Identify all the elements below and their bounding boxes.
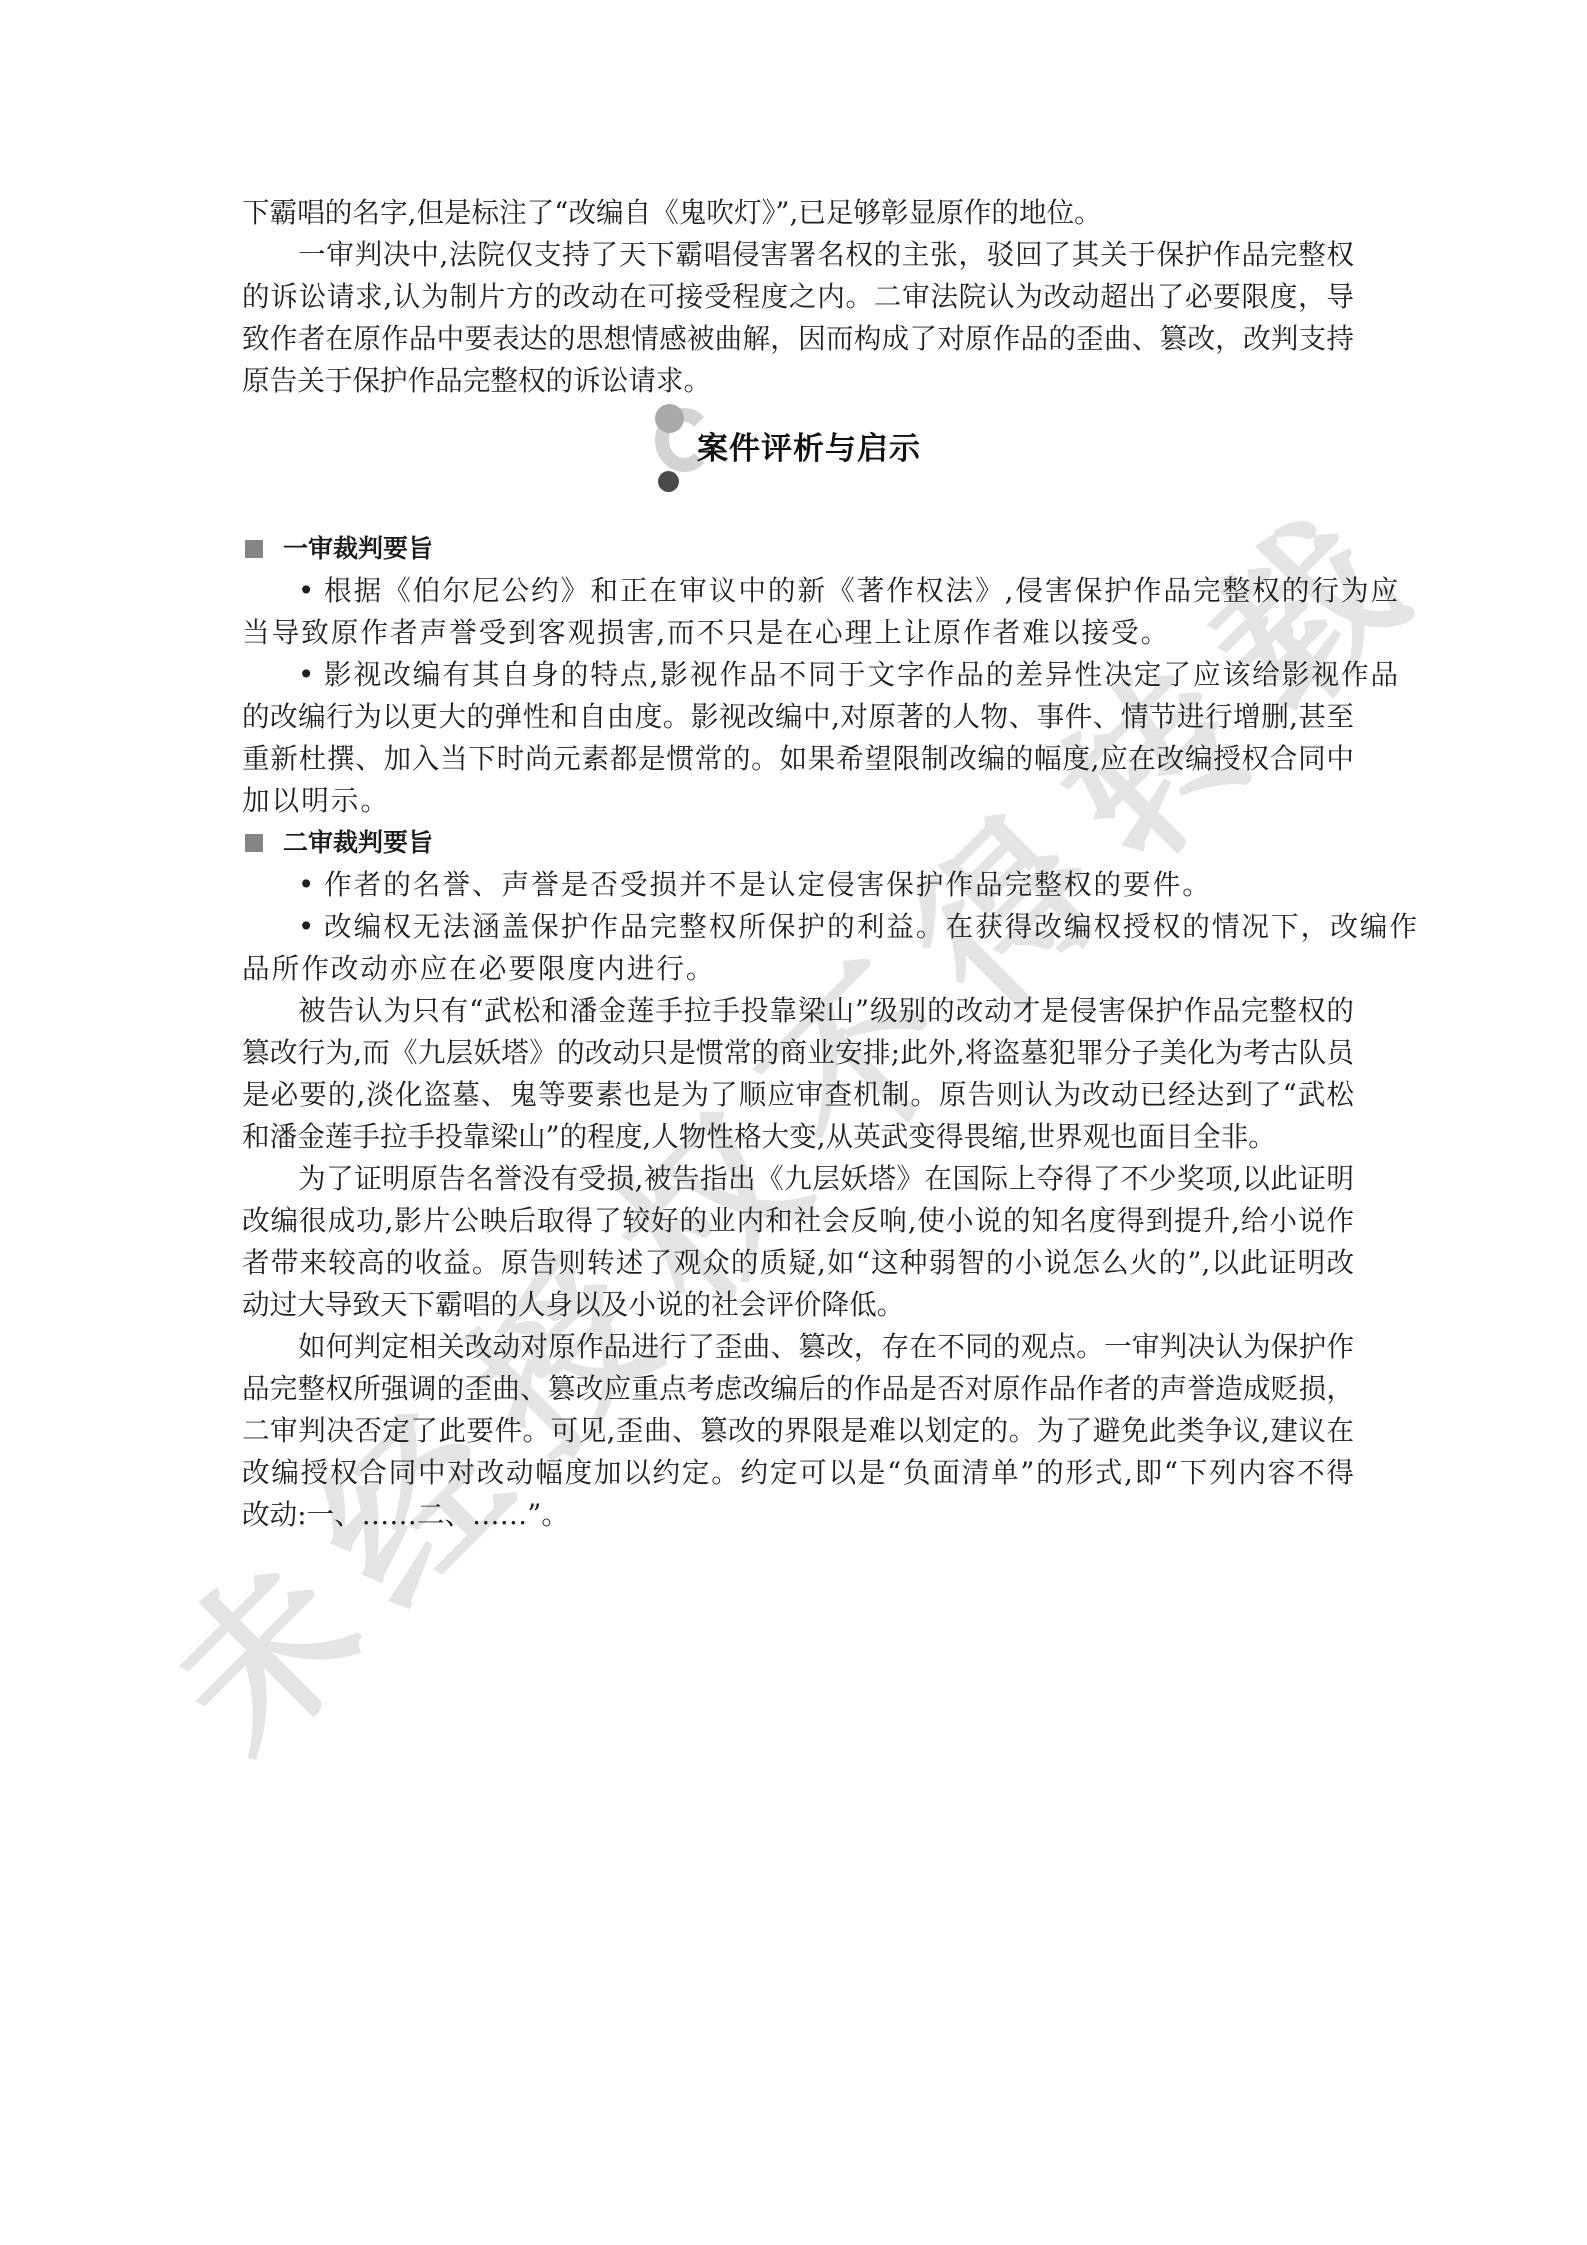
bullet-line: •作者的名誉、声誉是否受损并不是认定侵害保护作品完整权的要件。: [242, 864, 1354, 906]
circle-gray-icon: [655, 404, 684, 433]
text-line: 如何判定相关改动对原作品进行了歪曲、篡改，存在不同的观点。一审判决认为保护作: [242, 1326, 1354, 1368]
text-line: 品完整权所强调的歪曲、篡改应重点考虑改编后的作品是否对原作品作者的声誉造成贬损，: [242, 1368, 1354, 1410]
bullet-line: •影视改编有其自身的特点,影视作品不同于文字作品的差异性决定了应该给影视作品: [242, 654, 1354, 696]
text-line: 被告认为只有“武松和潘金莲手拉手投靠梁山”级别的改动才是侵害保护作品完整权的: [242, 990, 1354, 1032]
document-page: 下霸唱的名字,但是标注了“改编自《鬼吹灯》”,已足够彰显原作的地位。 一审判决中…: [242, 192, 1354, 1536]
section-heading: 案件评析与启示: [242, 402, 1354, 528]
text-line: 改编很成功,影片公映后取得了较好的业内和社会反响,使小说的知名度得到提升,给小说…: [242, 1200, 1354, 1242]
bullet-line: •改编权无法涵盖保护作品完整权所保护的利益。在获得改编权授权的情况下，改编作: [242, 906, 1354, 948]
subsection-title: 一审裁判要旨: [283, 528, 433, 570]
ruling-first-instance: 一审裁判要旨 •根据《伯尔尼公约》和正在审议中的新《著作权法》,侵害保护作品完整…: [242, 528, 1354, 822]
body-paragraph-2: 为了证明原告名誉没有受损,被告指出《九层妖塔》在国际上夺得了不少奖项,以此证明 …: [242, 1158, 1354, 1326]
bullet-dot-icon: •: [298, 654, 324, 696]
text-line: 改动:一、……二、……”。: [242, 1494, 1354, 1536]
text-line: 改编授权合同中对改动幅度加以约定。约定可以是“负面清单”的形式,即“下列内容不得: [242, 1452, 1354, 1494]
square-bullet-icon: [245, 540, 263, 558]
text-line: 下霸唱的名字,但是标注了“改编自《鬼吹灯》”,已足够彰显原作的地位。: [242, 192, 1354, 234]
circle-dark-icon: [658, 471, 679, 492]
intro-paragraph-1: 下霸唱的名字,但是标注了“改编自《鬼吹灯》”,已足够彰显原作的地位。: [242, 192, 1354, 234]
ruling-second-instance: 二审裁判要旨 •作者的名誉、声誉是否受损并不是认定侵害保护作品完整权的要件。 •…: [242, 822, 1354, 990]
bullet-dot-icon: •: [298, 864, 324, 906]
text-line: 加以明示。: [242, 780, 1354, 822]
subsection-header: 一审裁判要旨: [242, 528, 1354, 570]
text-line: 是必要的,淡化盗墓、鬼等要素也是为了顺应审查机制。原告则认为改动已经达到了“武松: [242, 1074, 1354, 1116]
text-line: 的改编行为以更大的弹性和自由度。影视改编中,对原著的人物、事件、情节进行增删,甚…: [242, 696, 1354, 738]
section-heading-title: 案件评析与启示: [697, 429, 921, 469]
body-paragraph-1: 被告认为只有“武松和潘金莲手拉手投靠梁山”级别的改动才是侵害保护作品完整权的 篡…: [242, 990, 1354, 1158]
text-line: 二审判决否定了此要件。可见,歪曲、篡改的界限是难以划定的。为了避免此类争议,建议…: [242, 1410, 1354, 1452]
text-line: 重新杜撰、加入当下时尚元素都是惯常的。如果希望限制改编的幅度,应在改编授权合同中: [242, 738, 1354, 780]
square-bullet-icon: [245, 834, 263, 852]
text-line: 为了证明原告名誉没有受损,被告指出《九层妖塔》在国际上夺得了不少奖项,以此证明: [242, 1158, 1354, 1200]
text-line: 一审判决中,法院仅支持了天下霸唱侵害署名权的主张，驳回了其关于保护作品完整权: [242, 234, 1354, 276]
text-line: 篡改行为,而《九层妖塔》的改动只是惯常的商业安排;此外,将盗墓犯罪分子美化为考古…: [242, 1032, 1354, 1074]
text-line: 的诉讼请求,认为制片方的改动在可接受程度之内。二审法院认为改动超出了必要限度，导: [242, 276, 1354, 318]
text-line: 致作者在原作品中要表达的思想情感被曲解，因而构成了对原作品的歪曲、篡改，改判支持: [242, 318, 1354, 360]
text-line: 当导致原作者声誉受到客观损害,而不只是在心理上让原作者难以接受。: [242, 612, 1354, 654]
text-line: 品所作改动亦应在必要限度内进行。: [242, 948, 1354, 990]
text-line: 者带来较高的收益。原告则转述了观众的质疑,如“这种弱智的小说怎么火的”,以此证明…: [242, 1242, 1354, 1284]
intro-paragraph-2: 一审判决中,法院仅支持了天下霸唱侵害署名权的主张，驳回了其关于保护作品完整权 的…: [242, 234, 1354, 402]
body-paragraph-3: 如何判定相关改动对原作品进行了歪曲、篡改，存在不同的观点。一审判决认为保护作 品…: [242, 1326, 1354, 1536]
text-line: 和潘金莲手拉手投靠梁山”的程度,人物性格大变,从英武变得畏缩,世界观也面目全非。: [242, 1116, 1354, 1158]
bullet-line: •根据《伯尔尼公约》和正在审议中的新《著作权法》,侵害保护作品完整权的行为应: [242, 570, 1354, 612]
subsection-title: 二审裁判要旨: [283, 822, 433, 864]
text-line: 动过大导致天下霸唱的人身以及小说的社会评价降低。: [242, 1284, 1354, 1326]
text-line: 原告关于保护作品完整权的诉讼请求。: [242, 360, 1354, 402]
subsection-header: 二审裁判要旨: [242, 822, 1354, 864]
bullet-dot-icon: •: [298, 906, 324, 948]
bullet-dot-icon: •: [298, 570, 324, 612]
